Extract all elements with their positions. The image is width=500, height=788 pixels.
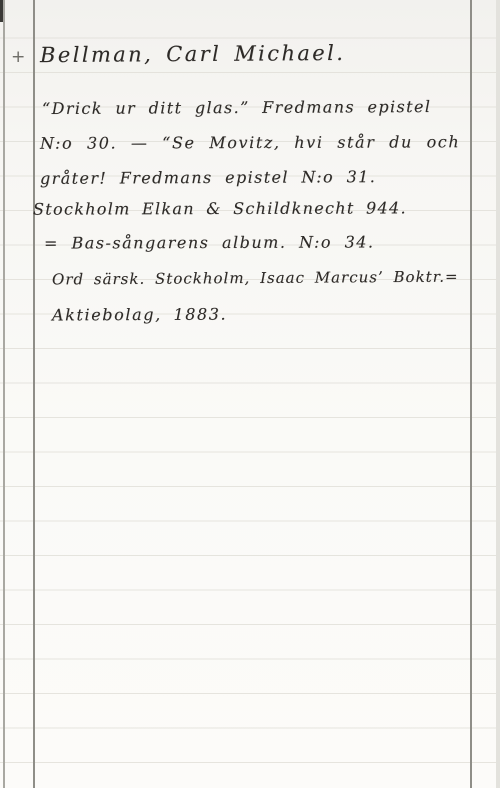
right-edge-shade xyxy=(496,0,500,788)
margin-plus-mark: + xyxy=(11,47,25,67)
ruled-lines xyxy=(0,0,500,788)
left-edge-line xyxy=(3,0,5,788)
handwritten-line-7: Aktiebolag, 1883. xyxy=(52,305,227,325)
handwritten-line-6: Ord särsk. Stockholm, Isaac Marcus’ Bokt… xyxy=(52,268,459,289)
handwritten-line-2: N:o 30. — “Se Movitz, hvi står du och xyxy=(40,132,460,152)
scanned-catalog-card: + Bellman, Carl Michael. “Drick ur ditt … xyxy=(0,0,500,788)
left-margin-rule xyxy=(33,0,35,788)
handwritten-line-3: gråter! Fredmans epistel N:o 31. xyxy=(40,167,376,188)
handwritten-line-5: = Bas-sångarens album. N:o 34. xyxy=(44,232,375,252)
handwritten-line-1: “Drick ur ditt glas.” Fredmans epistel xyxy=(42,97,431,118)
entry-heading: Bellman, Carl Michael. xyxy=(40,41,345,67)
right-margin-rule xyxy=(470,0,472,788)
handwritten-line-4: Stockholm Elkan & Schildknecht 944. xyxy=(33,198,407,218)
